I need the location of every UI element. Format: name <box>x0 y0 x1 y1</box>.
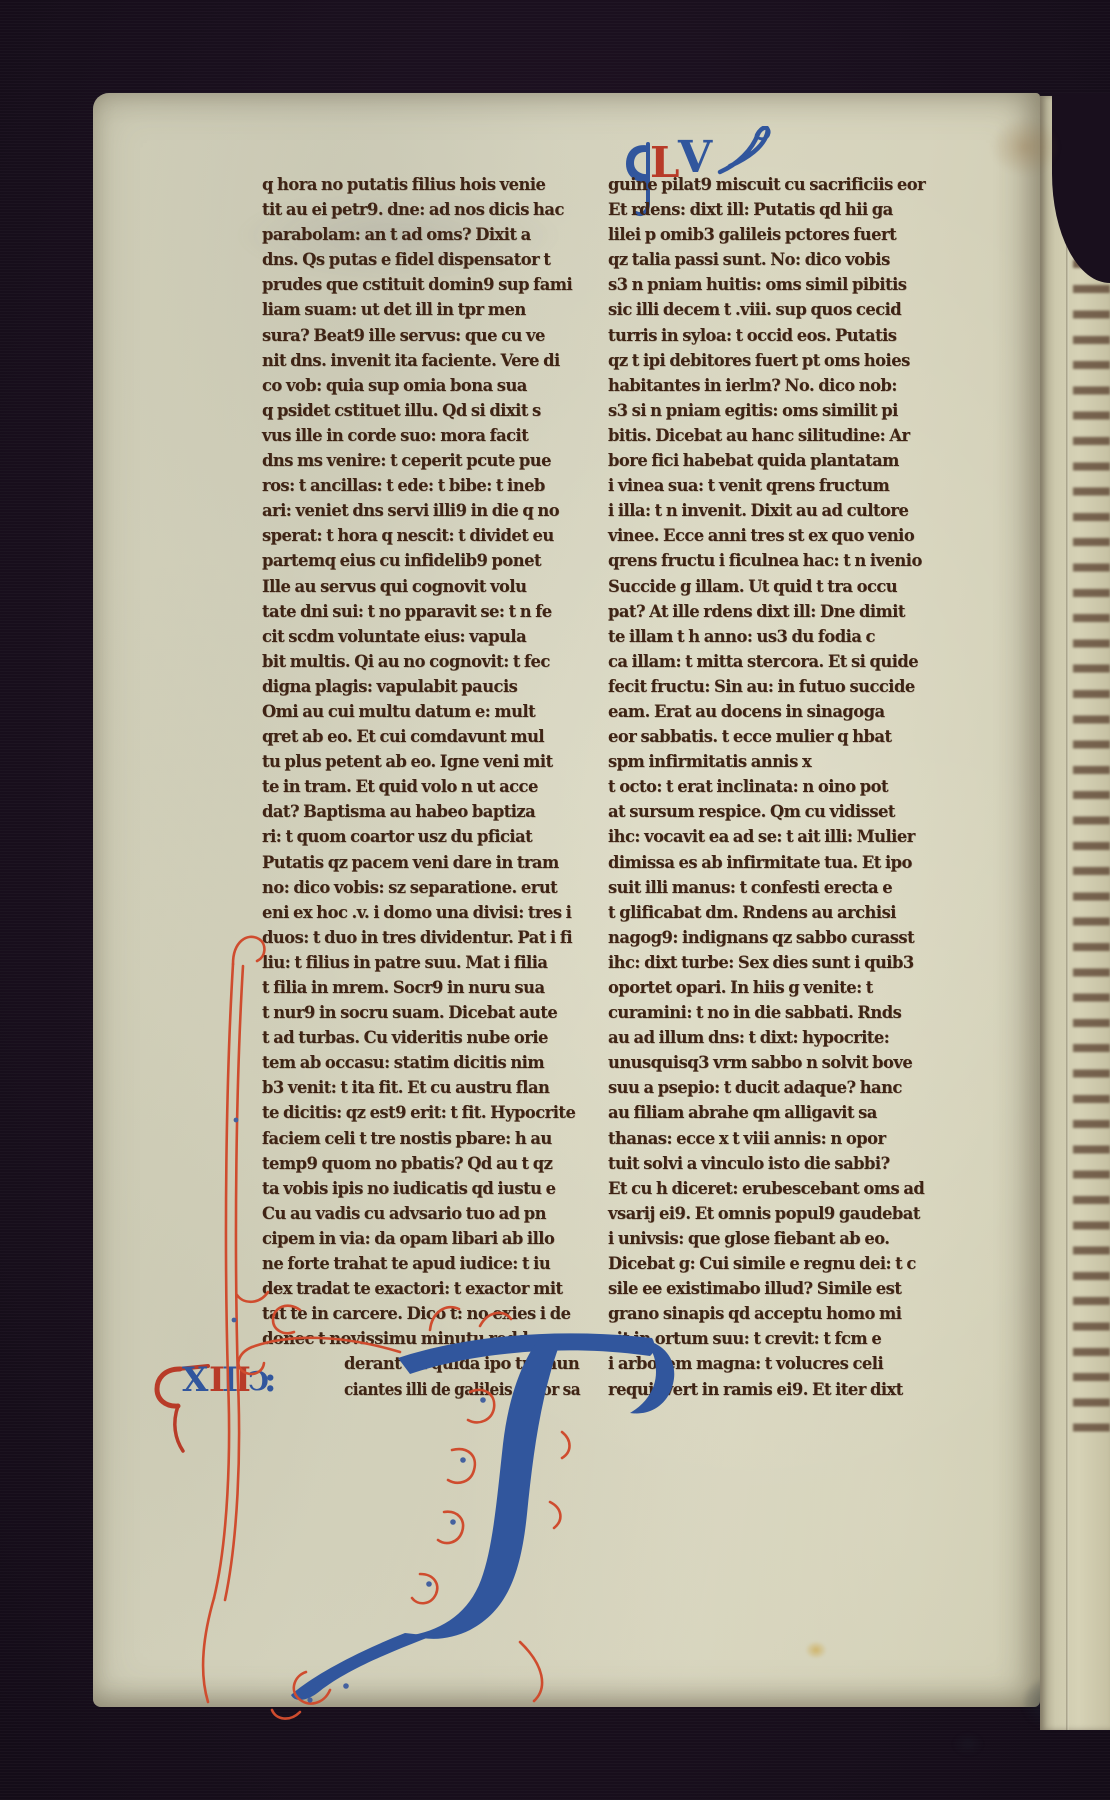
text-line: qz talia passi sunt. No: dico vobis <box>608 247 935 272</box>
text-line: te in tram. Et quid volo n ut acce <box>262 774 580 799</box>
corner-stain <box>990 118 1060 176</box>
text-line: dns ms venire: t ceperit pcute pue <box>262 448 580 473</box>
text-line: q hora no putatis filius hois venie <box>262 172 580 197</box>
fore-edge-pages <box>1040 96 1110 1730</box>
text-line: digna plagis: vapulabit paucis <box>262 674 580 699</box>
text-line: duos: t duo in tres dividentur. Pat i fi <box>262 925 580 950</box>
text-line: dns. Qs putas e fidel dispensator t <box>262 247 580 272</box>
text-line: bitis. Dicebat au hanc silitudine: Ar <box>608 423 935 448</box>
text-line: Succide g illam. Ut quid t tra occu <box>608 574 935 599</box>
text-line: sile ee existimabo illud? Simile est <box>608 1276 935 1301</box>
text-line: dat? Baptisma au habeo baptiza <box>262 799 580 824</box>
text-line: no: dico vobis: sz separatione. erut <box>262 875 580 900</box>
text-line: Ille au servus qui cognovit volu <box>262 574 580 599</box>
header-flourish <box>720 128 768 172</box>
text-line: tit au ei petr9. dne: ad nos dicis hac <box>262 197 580 222</box>
text-line: eni ex hoc .v. i domo una divisi: tres i <box>262 900 580 925</box>
text-line: s3 n pniam huitis: oms simil pibitis <box>608 272 935 297</box>
text-line: temp9 quom no pbatis? Qd au t qz <box>262 1151 580 1176</box>
text-line: Et cu h diceret: erubescebant oms ad <box>608 1176 935 1201</box>
text-line: t ad turbas. Cu videritis nube orie <box>262 1025 580 1050</box>
text-line: ne forte trahat te apud iudice: t iu <box>262 1251 580 1276</box>
text-line: derant au quida ipo tpr nun <box>344 1351 580 1376</box>
text-line: cipem in via: da opam libari ab illo <box>262 1226 580 1251</box>
fore-edge-text <box>1073 184 1110 1432</box>
text-line: qret ab eo. Et cui comdavunt mul <box>262 724 580 749</box>
text-line: liu: t filius in patre suu. Mat i filia <box>262 950 580 975</box>
text-line: guine pilat9 miscuit cu sacrificiis eor <box>608 172 935 197</box>
text-line: i univsis: que glose fiebant ab eo. <box>608 1226 935 1251</box>
text-line: Putatis qz pacem veni dare in tram <box>262 850 580 875</box>
text-line: ta vobis ipis no iudicatis qd iustu e <box>262 1176 580 1201</box>
chapter-colon: : <box>264 1363 277 1397</box>
text-line: curamini: t no in die sabbati. Rnds <box>608 1000 935 1025</box>
text-line: eam. Erat au docens in sinagoga <box>608 699 935 724</box>
text-line: vinee. Ecce anni tres st ex quo venio <box>608 523 935 548</box>
photograph-background: { "document": { "running_header": { "par… <box>0 0 1110 1800</box>
text-line: au filiam abrahe qm alligavit sa <box>608 1100 935 1125</box>
chapter-number: X I I I C : <box>150 1361 300 1421</box>
ink-smudge <box>953 1733 983 1755</box>
text-line: vus ille in corde suo: mora facit <box>262 423 580 448</box>
text-line: nit dns. invenit ita faciente. Vere di <box>262 348 580 373</box>
page-crease <box>1066 96 1069 1730</box>
text-line: ri: t quom coartor usz du pficiat <box>262 824 580 849</box>
text-column-left: q hora no putatis filius hois venietit a… <box>262 172 580 1402</box>
text-line: turris in syloa: t occid eos. Putatis <box>608 323 935 348</box>
text-line: sura? Beat9 ille servus: que cu ve <box>262 323 580 348</box>
text-line: unusquisq3 vrm sabbo n solvit bove <box>608 1050 935 1075</box>
text-line: fecit fructu: Sin au: in futuo succide <box>608 674 935 699</box>
text-line: i illa: t n invenit. Dixit au ad cultore <box>608 498 935 523</box>
parchment-stain <box>805 1641 827 1659</box>
text-line: sperat: t hora q nescit: t dividet eu <box>262 523 580 548</box>
text-line: cit scdm voluntate eius: vapula <box>262 624 580 649</box>
text-line: i arborem magna: t volucres celi <box>608 1351 935 1376</box>
text-line: sic illi decem t .viii. sup quos cecid <box>608 297 935 322</box>
text-line: co vob: quia sup omia bona sua <box>262 373 580 398</box>
text-line: Dicebat g: Cui simile e regnu dei: t c <box>608 1251 935 1276</box>
text-line: tuit solvi a vinculo isto die sabbi? <box>608 1151 935 1176</box>
text-line: Cu au vadis cu advsario tuo ad pn <box>262 1201 580 1226</box>
text-line: te illam t h anno: us3 du fodia c <box>608 624 935 649</box>
text-line: donec t novissimu minutu reddas <box>262 1326 580 1351</box>
text-line: vsarij ei9. Et omnis popul9 gaudebat <box>608 1201 935 1226</box>
text-line: t octo: t erat inclinata: n oino pot <box>608 774 935 799</box>
text-line: parabolam: an t ad oms? Dixit a <box>262 222 580 247</box>
text-line: lilei p omib3 galileis pctores fuert <box>608 222 935 247</box>
text-line: ihc: vocavit ea ad se: t ait illi: Mulie… <box>608 824 935 849</box>
text-line: habitantes in ierlm? No. dico nob: <box>608 373 935 398</box>
text-line: s3 si n pniam egitis: oms similit pi <box>608 398 935 423</box>
text-line: tat te in carcere. Dico t: no exies i de <box>262 1301 580 1326</box>
text-line: pat? At ille rdens dixt ill: Dne dimit <box>608 599 935 624</box>
text-line: t nur9 in socru suam. Dicebat aute <box>262 1000 580 1025</box>
text-line: suit illi manus: t confesti erecta e <box>608 875 935 900</box>
text-line: spm infirmitatis annis x <box>608 749 935 774</box>
text-line: tu plus petent ab eo. Igne veni mit <box>262 749 580 774</box>
text-line: qz t ipi debitores fuert pt oms hoies <box>608 348 935 373</box>
text-line: q psidet cstituet illu. Qd si dixit s <box>262 398 580 423</box>
text-column-right: guine pilat9 miscuit cu sacrificiis eorE… <box>608 172 935 1402</box>
text-line: ciantes illi de galileis. quor sa <box>344 1377 564 1402</box>
text-line: t glificabat dm. Rndens au archisi <box>608 900 935 925</box>
manuscript-page: L V q hora no putatis filius hois veniet… <box>93 93 1040 1707</box>
text-line: partemq eius cu infidelib9 ponet <box>262 548 580 573</box>
text-line: au ad illum dns: t dixt: hypocrite: <box>608 1025 935 1050</box>
text-line: nagog9: indignans qz sabbo curasst <box>608 925 935 950</box>
text-line: tate dni sui: t no pparavit se: t n fe <box>262 599 580 624</box>
chapter-char: X <box>182 1363 208 1397</box>
text-line: b3 venit: t ita fit. Et cu austru flan <box>262 1075 580 1100</box>
text-line: i vinea sua: t venit qrens fructum <box>608 473 935 498</box>
text-line: dimissa es ab infirmitate tua. Et ipo <box>608 850 935 875</box>
text-line: t filia in mrem. Socr9 in nuru sua <box>262 975 580 1000</box>
text-line: eor sabbatis. t ecce mulier q hbat <box>608 724 935 749</box>
text-line: liam suam: ut det ill in tpr men <box>262 297 580 322</box>
text-line: sit in ortum suu: t crevit: t fcm e <box>608 1326 935 1351</box>
text-line: dex tradat te exactori: t exactor mit <box>262 1276 580 1301</box>
text-line: faciem celi t tre nostis pbare: h au <box>262 1126 580 1151</box>
text-line: oportet opari. In hiis g venite: t <box>608 975 935 1000</box>
text-line: prudes que cstituit domin9 sup fami <box>262 272 580 297</box>
text-line: Omi au cui multu datum e: mult <box>262 699 580 724</box>
text-line: qrens fructu i ficulnea hac: t n ivenio <box>608 548 935 573</box>
text-line: te dicitis: qz est9 erit: t fit. Hypocri… <box>262 1100 580 1125</box>
text-line: grano sinapis qd acceptu homo mi <box>608 1301 935 1326</box>
text-line: Et rdens: dixt ill: Putatis qd hii ga <box>608 197 935 222</box>
text-line: at sursum respice. Qm cu vidisset <box>608 799 935 824</box>
text-line: thanas: ecce x t viii annis: n opor <box>608 1126 935 1151</box>
text-line: suu a psepio: t ducit adaque? hanc <box>608 1075 935 1100</box>
text-line: ari: veniet dns servi illi9 in die q no <box>262 498 580 523</box>
text-line: ros: t ancillas: t ede: t bibe: t ineb <box>262 473 580 498</box>
text-line: ihc: dixt turbe: Sex dies sunt i quib3 <box>608 950 935 975</box>
text-line: ca illam: t mitta stercora. Et si quide <box>608 649 935 674</box>
text-line: requievert in ramis ei9. Et iter dixt <box>608 1377 935 1402</box>
text-line: bit multis. Qi au no cognovit: t fec <box>262 649 580 674</box>
text-line: tem ab occasu: statim dicitis nim <box>262 1050 580 1075</box>
text-line: bore fici habebat quida plantatam <box>608 448 935 473</box>
